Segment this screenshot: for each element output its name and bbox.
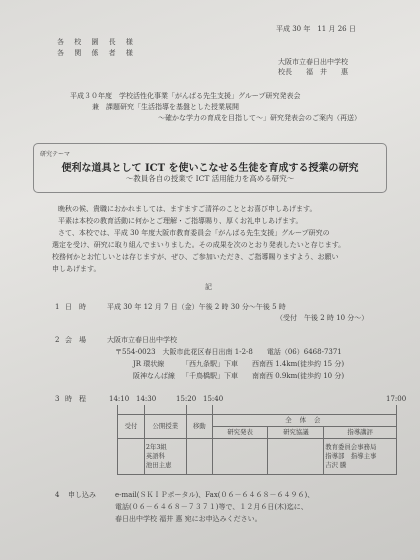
cell-discussion — [268, 439, 324, 475]
issue-date: 平成 30 年 11 月 26 日 — [276, 25, 356, 34]
access-jr-station: 「西九条駅」下車 — [182, 360, 238, 369]
body-line-1: 晩秋の候、貴職におかれましては、ますますご清祥のこととお喜び申しあげます。 — [58, 205, 316, 214]
sender-organization: 大阪市立春日出中学校 — [278, 58, 348, 67]
schedule-table: 受付 公開授業 移動 全 体 会 研究発表 研究協議 指導講評 2年3組 英語科… — [117, 414, 397, 475]
research-theme-box: 研究テーマ 便利な道具として ICT を使いこなせる生徒を育成する授業の研究 ～… — [33, 143, 387, 193]
theme-main-title: 便利な道具として ICT を使いこなせる生徒を育成する授業の研究 — [34, 159, 386, 174]
venue-address: 〒554-0023 大阪市此花区春日出南 1-2-8 電話（06）6468-73… — [115, 348, 342, 357]
item-2-number: 2 — [55, 336, 59, 345]
cell-move — [186, 439, 212, 475]
title-line-2: 兼 課題研究「生活指導を基盤とした授業展開 — [92, 103, 239, 112]
apply-line-3: 春日出中学校 福井 惠 宛にお申込みください。 — [115, 515, 262, 524]
time-1700: 17:00 — [386, 395, 406, 404]
cell-reception — [118, 439, 145, 475]
access-jr-line: JR 環状線 — [133, 360, 164, 369]
notice-document: 各 校 園 長 様 各 関 係 者 様 平成 30 年 11 月 26 日 大阪… — [0, 0, 420, 560]
reception-time: （受付 午後 2 時 10 分～） — [276, 314, 368, 323]
item-4-label: 申し込み — [68, 491, 96, 500]
addressee-principals: 各 校 園 長 様 — [57, 38, 137, 47]
event-datetime: 平成 30 年 12 月 7 日（金）午後 2 時 30 分～午後 5 時 — [107, 303, 286, 312]
venue-name: 大阪市立春日出中学校 — [107, 336, 177, 345]
col-plenary: 全 体 会 — [212, 415, 396, 427]
title-line-3: ～確かな学力の育成を目指して～」研究発表会のご案内（再送） — [158, 114, 361, 123]
item-2-label: 会 場 — [65, 336, 86, 345]
access-jr-route: 西南西 1.4km(徒歩約 15 分) — [252, 360, 344, 369]
theme-subtitle: ～教員各自の授業で ICT 活用能力を高める研究～ — [34, 173, 386, 184]
lecture-name: 吉沢 騰 — [325, 461, 395, 470]
access-hanshin-line: 阪神なんば線 — [133, 372, 175, 381]
item-3-number: 3 — [55, 395, 59, 404]
access-hanshin-station: 「千鳥橋駅」下車 — [182, 372, 238, 381]
access-hanshin-route: 南南西 0.9km(徒歩約 10 分) — [252, 372, 344, 381]
item-1-label: 日 時 — [65, 303, 86, 312]
open-class-teacher: 池田主恵 — [146, 461, 185, 470]
sender-name: 校長 福 井 惠 — [278, 68, 348, 77]
time-1540: 15:40 — [203, 395, 223, 404]
item-4-number: 4 — [55, 491, 59, 500]
item-1-number: 1 — [55, 303, 59, 312]
lecture-title: 指導部 指導主事 — [325, 452, 395, 461]
body-line-6: 申しあげます。 — [52, 265, 100, 274]
apply-line-1: e-mail(ＳＫＩＰポータル)、Fax(０６－６４６８－６４９６)、 — [115, 491, 314, 500]
col-lecture: 指導講評 — [324, 427, 397, 439]
item-3-label: 時 程 — [65, 395, 86, 404]
body-line-3: さて、本校では、平成 30 年度大阪市教育委員会「がんばる先生支援」グループ研究… — [58, 229, 330, 238]
body-line-4: 選定を受け、研究に取り組んでまいりました。その成果を次のとおり発表したいと存じま… — [52, 241, 345, 250]
open-class-grade: 2年3組 — [146, 443, 185, 452]
col-move: 移動 — [186, 415, 212, 439]
col-open-class: 公開授業 — [144, 415, 186, 439]
cell-presentation — [212, 439, 268, 475]
col-discussion: 研究協議 — [268, 427, 324, 439]
col-reception: 受付 — [118, 415, 145, 439]
cell-open-class: 2年3組 英語科 池田主恵 — [144, 439, 186, 475]
title-line-1: 平成３０年度 学校活性化事業「がんばる先生支援」グループ研究発表会 — [70, 92, 300, 101]
body-line-5: 校務何かとお忙しいとは存じますが、ぜひ、ご参加いただき、ご指導賜りますよう、お願… — [52, 253, 338, 262]
apply-line-2: 電話(０６－６４６８－７３７１)等で、１２月６日(木)迄に、 — [115, 503, 308, 512]
time-1410: 14:10 — [109, 395, 129, 404]
open-class-subject: 英語科 — [146, 452, 185, 461]
time-1430: 14:30 — [136, 395, 156, 404]
col-presentation: 研究発表 — [212, 427, 268, 439]
time-1520: 15:20 — [176, 395, 196, 404]
body-line-2: 平素は本校の教育活動に何かとご理解・ご指導賜り、厚くお礼申しあげます。 — [58, 217, 302, 226]
lecture-org: 教育委員会事務局 — [325, 443, 395, 452]
cell-lecture: 教育委員会事務局 指導部 指導主事 吉沢 騰 — [324, 439, 397, 475]
ki-heading: 記 — [205, 283, 212, 292]
theme-label: 研究テーマ — [40, 149, 70, 158]
addressee-stakeholders: 各 関 係 者 様 — [57, 49, 137, 58]
